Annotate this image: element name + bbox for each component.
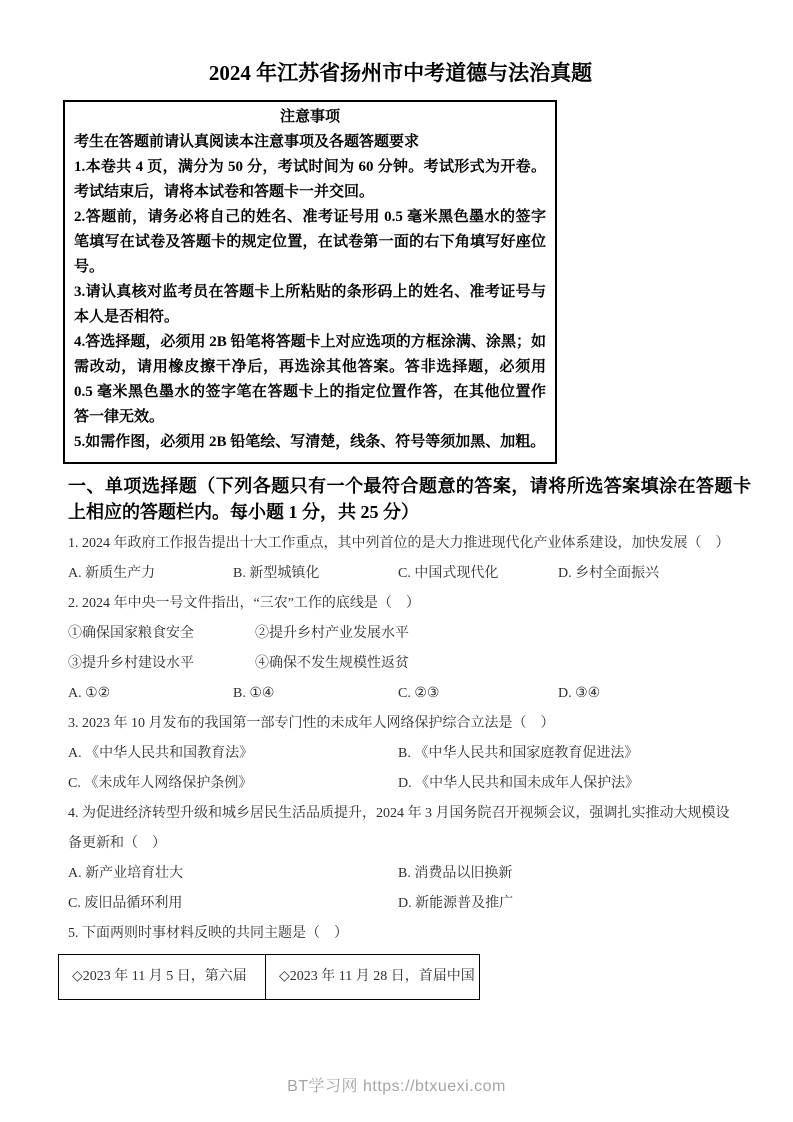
question-2-subitem-3: ③提升乡村建设水平 [68,649,255,679]
question-4-option-a: A. 新产业培育壮大 [68,859,398,889]
question-1-option-a: A. 新质生产力 [68,559,233,589]
question-1-stem: 1. 2024 年政府工作报告提出十大工作重点，其中列首位的是大力推进现代化产业… [68,529,733,559]
section-heading: 一、单项选择题（下列各题只有一个最符合题意的答案，请将所选答案填涂在答题卡上相应… [68,473,751,525]
question-2-subitem-2: ②提升乡村产业发展水平 [255,619,733,649]
question-4-option-b: B. 消费品以旧换新 [398,859,733,889]
question-5-stem: 5. 下面两则时事材料反映的共同主题是（ ） [68,919,733,949]
question-4-stem: 4. 为促进经济转型升级和城乡居民生活品质提升，2024 年 3 月国务院召开视… [68,799,733,859]
question-4-options-row-1: A. 新产业培育壮大 B. 消费品以旧换新 [68,859,733,889]
notice-heading: 注意事项 [74,105,546,130]
question-3-option-c: C. 《未成年人网络保护条例》 [68,769,398,799]
notice-intro: 考生在答题前请认真阅读本注意事项及各题答题要求 [74,130,546,155]
question-2-subitem-1: ①确保国家粮食安全 [68,619,255,649]
question-3: 3. 2023 年 10 月发布的我国第一部专门性的未成年人网络保护综合立法是（… [68,709,733,799]
question-2-option-d: D. ③④ [558,679,733,709]
question-2-subitems-row-2: ③提升乡村建设水平 ④确保不发生规模性返贫 [68,649,733,679]
question-1-options: A. 新质生产力 B. 新型城镇化 C. 中国式现代化 D. 乡村全面振兴 [68,559,733,589]
question-2-option-b: B. ①④ [233,679,398,709]
question-2-option-a: A. ①② [68,679,233,709]
notice-box: 注意事项 考生在答题前请认真阅读本注意事项及各题答题要求 1.本卷共 4 页，满… [63,100,557,464]
question-3-option-a: A. 《中华人民共和国教育法》 [68,739,398,769]
material-cell-2: ◇2023 年 11 月 28 日，首届中国 [265,955,479,999]
question-3-options-row-1: A. 《中华人民共和国教育法》 B. 《中华人民共和国家庭教育促进法》 [68,739,733,769]
question-2: 2. 2024 年中央一号文件指出，“三农”工作的底线是（ ） ①确保国家粮食安… [68,589,733,709]
exam-page: 2024 年江苏省扬州市中考道德与法治真题 注意事项 考生在答题前请认真阅读本注… [0,0,793,1122]
notice-item-4: 4.答选择题，必须用 2B 铅笔将答题卡上对应选项的方框涂满、涂黑；如需改动，请… [74,330,546,430]
question-3-options-row-2: C. 《未成年人网络保护条例》 D. 《中华人民共和国未成年人保护法》 [68,769,733,799]
question-2-option-c: C. ②③ [398,679,558,709]
question-1-option-b: B. 新型城镇化 [233,559,398,589]
page-title: 2024 年江苏省扬州市中考道德与法治真题 [68,58,733,88]
question-2-stem: 2. 2024 年中央一号文件指出，“三农”工作的底线是（ ） [68,589,733,619]
watermark: BT学习网 https://btxuexi.com [0,1073,793,1096]
question-3-stem: 3. 2023 年 10 月发布的我国第一部专门性的未成年人网络保护综合立法是（… [68,709,733,739]
notice-item-5: 5.如需作图，必须用 2B 铅笔绘、写清楚，线条、符号等须加黑、加粗。 [74,430,546,455]
question-5-materials-table: ◇2023 年 11 月 5 日，第六届 ◇2023 年 11 月 28 日，首… [58,954,480,1000]
notice-item-3: 3.请认真核对监考员在答题卡上所粘贴的条形码上的姓名、准考证号与本人是否相符。 [74,280,546,330]
question-2-subitems-row-1: ①确保国家粮食安全 ②提升乡村产业发展水平 [68,619,733,649]
notice-item-2: 2.答题前，请务必将自己的姓名、准考证号用 0.5 毫米黑色墨水的签字笔填写在试… [74,205,546,280]
question-5: 5. 下面两则时事材料反映的共同主题是（ ） ◇2023 年 11 月 5 日，… [68,919,733,1000]
question-1-option-c: C. 中国式现代化 [398,559,558,589]
question-3-option-b: B. 《中华人民共和国家庭教育促进法》 [398,739,733,769]
question-4-options-row-2: C. 废旧品循环利用 D. 新能源普及推广 [68,889,733,919]
question-3-option-d: D. 《中华人民共和国未成年人保护法》 [398,769,733,799]
question-1: 1. 2024 年政府工作报告提出十大工作重点，其中列首位的是大力推进现代化产业… [68,529,733,589]
question-2-options: A. ①② B. ①④ C. ②③ D. ③④ [68,679,733,709]
question-1-option-d: D. 乡村全面振兴 [558,559,733,589]
question-2-subitem-4: ④确保不发生规模性返贫 [255,649,733,679]
question-4: 4. 为促进经济转型升级和城乡居民生活品质提升，2024 年 3 月国务院召开视… [68,799,733,919]
notice-item-1: 1.本卷共 4 页，满分为 50 分，考试时间为 60 分钟。考试形式为开卷。考… [74,155,546,205]
material-cell-1: ◇2023 年 11 月 5 日，第六届 [59,955,265,999]
question-4-option-d: D. 新能源普及推广 [398,889,733,919]
question-4-option-c: C. 废旧品循环利用 [68,889,398,919]
